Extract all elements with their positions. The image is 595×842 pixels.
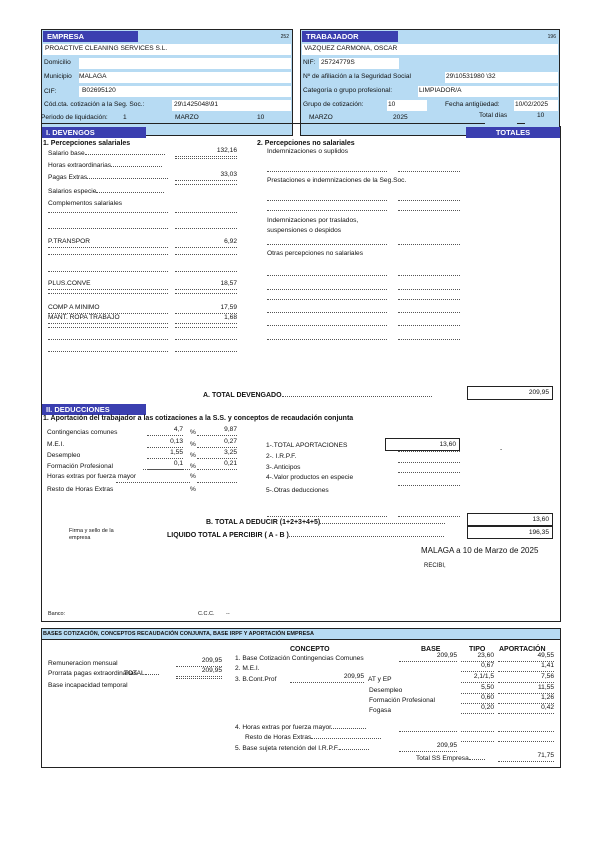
base-left-label: Remuneracion mensual <box>48 659 118 669</box>
salarial-item: Horas extraordinarias <box>48 160 168 171</box>
resto-horas-text: Resto de Horas Extras <box>245 734 311 741</box>
dotted-line <box>399 731 457 732</box>
dotted-line <box>267 339 387 340</box>
deduccion-right-value <box>398 472 460 473</box>
deduccion-label: Desempleo <box>47 452 80 459</box>
dotted-line <box>398 299 460 300</box>
concepto-tipo: 2,1/1,5 <box>461 672 494 683</box>
totales-header: TOTALES <box>466 127 560 138</box>
bases-total-label: TOTAL <box>124 668 159 679</box>
complemento-label <box>48 212 168 213</box>
deduccion-pct: 4,7 <box>147 425 183 436</box>
categoria-label: Categoría o grupo profesional: <box>303 86 392 96</box>
dotted-line <box>267 312 387 313</box>
firma-label-2: empresa <box>69 533 90 543</box>
salarial-value: 132,16 <box>175 146 237 157</box>
afiliacion-field: 29\10531980 \32 <box>445 72 558 83</box>
total-devengado-label: A. TOTAL DEVENGADO <box>203 390 463 401</box>
base-irpf-label: 5. Base sujeta retención del I.R.P.F. <box>235 743 369 754</box>
concepto-base-inline: 209,95 <box>290 672 364 683</box>
complemento-label <box>48 339 168 340</box>
dotted-line <box>398 339 460 340</box>
complemento-label <box>48 293 168 294</box>
pct-symbol: % <box>190 428 196 438</box>
complemento-value: 18,57 <box>175 279 237 290</box>
trabajador-section: TRABAJADOR 196 VAZQUEZ CARMONA, OSCAR NI… <box>300 29 560 136</box>
base-irpf-value: 209,95 <box>399 741 457 752</box>
dotted-line <box>398 325 460 326</box>
total-aportaciones-value: 13,60 <box>385 438 460 451</box>
antiguedad-label: Fecha antigüedad: <box>445 100 500 110</box>
dotted-line <box>398 312 460 313</box>
liquido-value: 196,35 <box>467 526 553 539</box>
complemento-value <box>175 339 237 340</box>
ccc-label: Cód.cta. cotización a la Seg. Soc.: <box>44 100 144 110</box>
salarial-value <box>175 184 237 185</box>
resto-horas-label: Resto de Horas Extras <box>245 732 381 743</box>
categoria-field: LIMPIADOR/A <box>418 86 558 97</box>
trabajador-header: TRABAJADOR <box>302 31 398 42</box>
complementos-title: Complementos salariales <box>48 199 122 209</box>
total-dias-label: Total días <box>479 111 507 121</box>
dotted-line <box>267 299 387 300</box>
total-deducir-value: 13,60 <box>467 513 553 526</box>
concepto-sub-label: Desempleo <box>369 686 402 696</box>
deduccion-pct: 0,13 <box>147 437 183 448</box>
deduccion-right-label: 5-.Otras deducciones <box>266 486 329 496</box>
devengos-header: I. DEVENGOS <box>42 127 146 138</box>
deduccion-right-value <box>398 451 460 452</box>
banco-label: Banco: <box>48 609 65 619</box>
complemento-value <box>175 271 237 272</box>
periodo-to-month: MARZO <box>309 113 333 123</box>
salarial-label: Salarios especie <box>48 188 96 195</box>
concepto-sub-label: Formación Profesional <box>369 696 435 706</box>
otras-percepciones-label: Otras percepciones no salariales <box>267 249 363 259</box>
ccc-bank-value: -- <box>226 609 230 619</box>
dotted-line <box>398 171 460 172</box>
deduccion-value <box>197 482 237 483</box>
deduccion-label: Horas extras por fuerza mayor <box>47 473 136 480</box>
deduccion-label: Resto de Horas Extras <box>47 486 113 493</box>
ccc-field: 29\1425048\91 <box>172 100 291 111</box>
total-ss-label: Total SS Empresa <box>416 753 485 764</box>
municipio-field: MALAGA <box>79 72 291 83</box>
trabajador-name: VAZQUEZ CARMONA, OSCAR <box>302 44 558 55</box>
recibi-label: RECIBI, <box>424 561 446 571</box>
complemento-label: MANT. ROPA TRABAJO <box>48 313 168 324</box>
complemento-label <box>48 351 168 352</box>
stray-mark: - <box>500 445 502 455</box>
deduccion-item: M.E.I. <box>47 440 64 450</box>
dotted-line <box>398 210 460 211</box>
concepto-aportacion: 7,56 <box>498 672 554 683</box>
concepto-aportacion: 0,42 <box>498 703 554 714</box>
concepto-base <box>399 661 457 662</box>
total-ss-text: Total SS Empresa <box>416 755 469 762</box>
grupo-label: Grupo de cotización: <box>303 100 363 110</box>
deduccion-right-value <box>398 462 460 463</box>
antiguedad-field: 10/02/2025 <box>514 100 558 111</box>
traslados-label-2: suspensiones o despidos <box>267 226 341 236</box>
dotted-line <box>398 200 460 201</box>
prestaciones-label: Prestaciones e indemnizaciones de la Seg… <box>267 176 406 186</box>
concepto-sub-label: Fogasa <box>369 706 391 716</box>
total-devengado-value: 209,95 <box>467 386 553 400</box>
empresa-header: EMPRESA <box>43 31 138 42</box>
salarial-label: Pagas Extras <box>48 174 87 181</box>
deduccion-item: Formación Profesional <box>47 462 113 472</box>
concepto-label: 1. Base Cotización Contingencias Comunes <box>235 654 364 664</box>
total-devengado-text: A. TOTAL DEVENGADO <box>203 392 282 399</box>
horas-fm-text: 4. Horas extras por fuerza mayor <box>235 724 331 731</box>
grupo-field: 10 <box>387 100 427 111</box>
empresa-code: 252 <box>281 34 289 40</box>
complemento-value: 1,68 <box>175 313 237 324</box>
complemento-value <box>175 228 237 229</box>
municipio-label: Municipio <box>44 72 72 82</box>
liquido-text: LIQUIDO TOTAL A PERCIBIR ( A - B ) <box>167 532 289 539</box>
salarial-item: Pagas Extras <box>48 172 168 183</box>
traslados-label-1: Indemnizaciones por traslados, <box>267 216 358 226</box>
indemnizaciones-suplidos-label: Indemnizaciones o suplidos <box>267 147 348 157</box>
trabajador-code: 196 <box>548 34 556 40</box>
deduccion-value: 0,27 <box>197 437 237 448</box>
dotted-line <box>398 289 460 290</box>
salarial-value <box>175 158 237 159</box>
cif-label: CIF: <box>44 87 56 97</box>
concepto-sub-label: AT y EP <box>368 675 392 685</box>
concepto-label: 3. B.Cont.Prof <box>235 675 276 685</box>
pct-symbol: % <box>190 451 196 461</box>
deduccion-label: Formación Profesional <box>47 463 113 470</box>
pct-symbol: % <box>190 485 196 495</box>
dotted-line <box>267 200 387 201</box>
complemento-label: PLUS.CONVE <box>48 279 168 290</box>
dotted-line <box>461 741 494 742</box>
deduccion-item: Desempleo <box>47 451 80 461</box>
bases-header-text: BASES COTIZACIÓN, CONCEPTOS RECAUDACIÓN … <box>42 631 314 637</box>
total-dias-value: 10 <box>537 111 544 121</box>
deduccion-item: Horas extras por fuerza mayor <box>47 472 136 482</box>
base-left-value <box>176 678 222 679</box>
concepto-aportacion: 1,41 <box>498 661 554 672</box>
complemento-label: P.TRANSPOR <box>48 237 168 248</box>
deduccion-value: 3,25 <box>197 448 237 459</box>
deduccion-right-label: 3-.Anticipos <box>266 463 300 473</box>
periodo-underline <box>41 123 485 124</box>
deduccion-right-value <box>398 485 460 486</box>
deduccion-pct <box>143 469 190 470</box>
total-dias-underline <box>517 123 525 124</box>
concepto-tipo: 0,20 <box>461 703 494 714</box>
deduccion-right-label: 1-.TOTAL APORTACIONES <box>266 441 347 451</box>
bases-total-value: 209,95 <box>176 666 222 677</box>
salarial-label: Horas extraordinarias <box>48 162 111 169</box>
periodo-from-month: MARZO <box>175 113 199 123</box>
nif-field: 25724779S <box>319 58 399 69</box>
deduccion-value: 9,87 <box>197 425 237 436</box>
dotted-line <box>461 731 494 732</box>
deduccion-item: Contingencias comunes <box>47 428 117 438</box>
total-deducir-text: B. TOTAL A DEDUCIR (1+2+3+4+5) <box>206 519 320 526</box>
nif-label: NIF: <box>303 58 315 68</box>
deduccion-right-label: 2-. I.R.P.F. <box>266 452 296 462</box>
pct-symbol: % <box>190 472 196 482</box>
dotted-line <box>498 741 554 742</box>
bases-total-text: TOTAL <box>124 670 145 677</box>
ccc-bank-label: C.C.C. <box>198 609 215 619</box>
liquido-label: LIQUIDO TOTAL A PERCIBIR ( A - B ) <box>167 530 444 541</box>
dotted-line <box>267 244 387 245</box>
deduccion-value <box>197 469 237 470</box>
complemento-value <box>175 254 237 255</box>
periodo-label: Periodo de liquidación: <box>41 113 108 123</box>
salarial-item: Salarios especie <box>48 186 168 197</box>
periodo-to-day: 10 <box>257 113 264 123</box>
complemento-value <box>175 293 237 294</box>
dotted-line <box>267 289 387 290</box>
deduccion-label: Contingencias comunes <box>47 429 117 436</box>
concepto-label: 2. M.E.I. <box>235 664 260 674</box>
deduccion-pct <box>116 482 190 483</box>
base-left-label: Base incapacidad temporal <box>48 681 128 691</box>
dotted-line <box>267 171 387 172</box>
aportacion-title: 1. Aportación del trabajador a las cotiz… <box>43 414 353 424</box>
complemento-value <box>175 351 237 352</box>
dotted-line <box>498 731 554 732</box>
salarial-label: Salario base <box>48 150 85 157</box>
domicilio-field <box>79 58 291 69</box>
total-deducir-label: B. TOTAL A DEDUCIR (1+2+3+4+5) <box>206 517 445 528</box>
complemento-label <box>48 271 168 272</box>
empresa-name: PROACTIVE CLEANING SERVICES S.L. <box>43 44 291 55</box>
complemento-value <box>175 327 237 328</box>
periodo-year: 2025 <box>393 113 408 123</box>
deduccion-item: Resto de Horas Extras <box>47 485 113 495</box>
complemento-value: 6,92 <box>175 237 237 248</box>
dotted-line <box>398 244 460 245</box>
deduccion-label: M.E.I. <box>47 441 64 448</box>
bases-header: BASES COTIZACIÓN, CONCEPTOS RECAUDACIÓN … <box>42 629 560 640</box>
total-ss-value: 71,75 <box>498 751 554 762</box>
deduccion-right-label: 4-.Valor productos en especie <box>266 473 353 483</box>
cif-field: B02695120 <box>79 86 291 97</box>
dotted-line <box>398 275 460 276</box>
salarial-value: 33,03 <box>175 170 237 181</box>
afiliacion-label: Nº de afiliación a la Seguridad Social <box>303 72 411 82</box>
dotted-line <box>267 325 387 326</box>
complemento-label <box>48 327 168 328</box>
pct-symbol: % <box>190 462 196 472</box>
complemento-label <box>48 254 168 255</box>
lugar-fecha: MALAGA a 10 de Marzo de 2025 <box>421 546 538 556</box>
dotted-line <box>267 275 387 276</box>
deduccion-pct: 1,55 <box>147 448 183 459</box>
salarial-item: Salario base <box>48 148 168 159</box>
base-irpf-text: 5. Base sujeta retención del I.R.P.F. <box>235 745 339 752</box>
domicilio-label: Domicilio <box>44 58 71 68</box>
concepto-tipo: 0,67 <box>461 661 494 672</box>
pct-symbol: % <box>190 440 196 450</box>
complemento-label <box>48 228 168 229</box>
complemento-value <box>175 212 237 213</box>
dotted-line <box>267 210 387 211</box>
